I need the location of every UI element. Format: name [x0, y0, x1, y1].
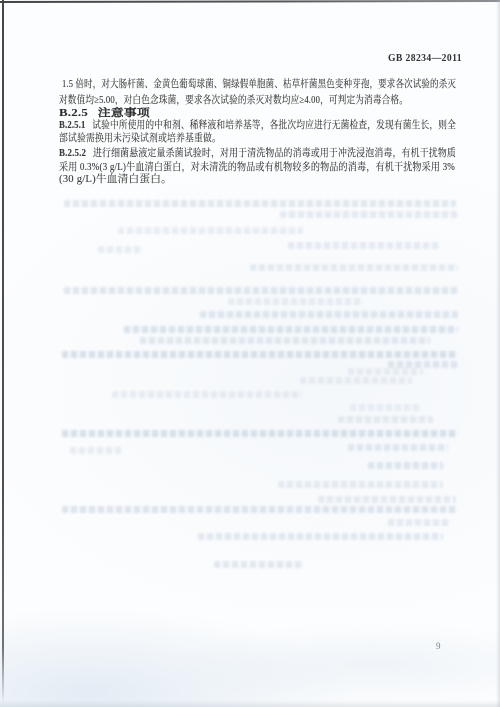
scan-edge-bottom [0, 700, 500, 707]
bleedthrough-line [350, 404, 422, 411]
body-text: 部试验需换用未污染试剂或培养基重做。 [59, 133, 221, 144]
clause-number: B.2.5.2 [59, 148, 86, 159]
clause-b-2-5-2-line-2: 采用 0.3%(3 g/L)牛血清白蛋白，对未清洗的物品或有机物较多的物品的消毒… [59, 162, 455, 174]
bleedthrough-line [200, 311, 458, 318]
bleedthrough-line [62, 430, 458, 437]
body-text: 1.5 倍时，对大肠杆菌、金黄色葡萄球菌、铜绿假单胞菌、枯草杆菌黑色变种芽孢，要… [62, 79, 456, 90]
clause-b-2-5-1-line-2: 部试验需换用未污染试剂或培养基重做。 [59, 133, 221, 145]
bleedthrough-line [300, 377, 412, 384]
bleedthrough-line [280, 211, 458, 218]
bleedthrough-line [338, 416, 433, 423]
bleedthrough-line [250, 264, 458, 271]
bleedthrough-line [118, 227, 303, 234]
bleedthrough-line [348, 368, 423, 375]
heading-text: 注意事项 [98, 108, 150, 119]
scanned-document-page: GB 28234—2011 1.5 倍时，对大肠杆菌、金黄色葡萄球菌、铜绿假单胞… [0, 0, 500, 707]
bleedthrough-line [62, 506, 458, 513]
body-text: 对数值均≥5.00，对白色念珠菌，要求各次试验的杀灭对数均应≥4.00，可判定为… [59, 95, 408, 106]
bleedthrough-line [388, 361, 458, 368]
clause-heading-b-2-5: B.2.5注意事项 [59, 108, 150, 120]
clause-b-2-5-2-line-3: (30 g/L)牛血清白蛋白。 [59, 174, 172, 186]
bleedthrough-line [318, 496, 456, 503]
clause-number: B.2.5 [59, 108, 88, 119]
bleedthrough-line [124, 326, 458, 333]
bleedthrough-line [140, 337, 430, 344]
body-text: 试验中所使用的中和剂、稀释液和培养基等，各批次均应进行无菌检查，发现有菌生长，则… [92, 120, 456, 131]
clause-number: B.2.5.1 [59, 120, 86, 131]
bleedthrough-line [64, 200, 456, 207]
bleedthrough-line [64, 287, 458, 294]
standard-number-header: GB 28234—2011 [388, 53, 462, 64]
body-text: 采用 0.3%(3 g/L)牛血清白蛋白，对未清洗的物品或有机物较多的物品的消毒… [59, 162, 455, 173]
body-text: 进行细菌悬液定量杀菌试验时，对用于清洗物品的消毒或用于冲洗浸泡消毒，有机干扰物质 [93, 148, 456, 159]
clause-b-2-5-1-line-1: B.2.5.1试验中所使用的中和剂、稀释液和培养基等，各批次均应进行无菌检查，发… [59, 120, 456, 132]
bleedthrough-line [368, 462, 443, 469]
bleedthrough-line [278, 481, 443, 488]
clause-b-2-5-2-line-1: B.2.5.2进行细菌悬液定量杀菌试验时，对用于清洗物品的消毒或用于冲洗浸泡消毒… [59, 148, 456, 160]
bleedthrough-line [388, 519, 450, 526]
bleedthrough-line [62, 351, 458, 358]
scan-border-left [2, 0, 4, 704]
bleedthrough-line [288, 242, 440, 249]
bleedthrough-line [214, 561, 304, 568]
body-line-1: 1.5 倍时，对大肠杆菌、金黄色葡萄球菌、铜绿假单胞菌、枯草杆菌黑色变种芽孢，要… [62, 79, 456, 91]
scan-border-top [0, 0, 500, 3]
page-number: 9 [436, 641, 441, 651]
bleedthrough-line [348, 444, 448, 451]
bleedthrough-line [112, 391, 302, 398]
bleedthrough-line [198, 533, 443, 540]
bleedthrough-line [70, 447, 122, 454]
body-line-2: 对数值均≥5.00，对白色念珠菌，要求各次试验的杀灭对数均应≥4.00，可判定为… [59, 95, 408, 107]
scan-edge-right [496, 0, 500, 707]
bleedthrough-line [98, 246, 143, 253]
bleedthrough-line [228, 298, 363, 305]
body-text: (30 g/L)牛血清白蛋白。 [59, 174, 172, 185]
